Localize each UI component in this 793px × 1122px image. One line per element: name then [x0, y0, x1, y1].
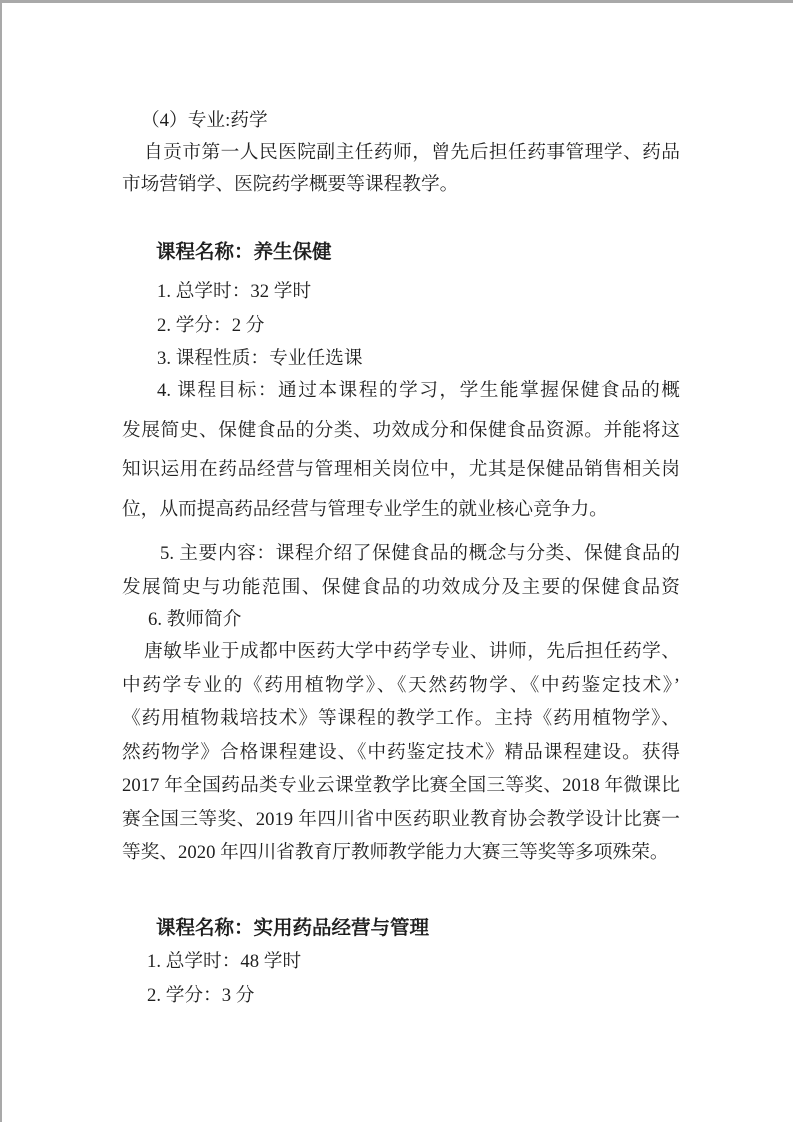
text-line: 位，从而提高药品经营与管理专业学生的就业核心竞争力。	[122, 490, 680, 530]
course1-teacher-heading-block: 6. 教师简介	[122, 603, 680, 637]
text-line: 5. 主要内容：课程介绍了保健食品的概念与分类、保健食品的	[122, 537, 680, 571]
text-line: 自贡市第一人民医院副主任药师，曾先后担任药事管理学、药品	[122, 137, 680, 169]
course1-title: 课程名称：养生保健	[122, 241, 332, 263]
document-page: （4）专业:药学 自贡市第一人民医院副主任药师，曾先后担任药事管理学、药品 市场…	[0, 0, 793, 1122]
course1-teacher-heading: 6. 教师简介	[122, 603, 680, 637]
course2-basic-list: 1. 总学时：48 学时 2. 学分：3 分	[122, 945, 680, 1012]
course1-credits: 2. 学分：2 分	[122, 309, 680, 343]
text-line: 发展简史与功能范围、保健食品的功效成分及主要的保健食品资源。	[122, 571, 680, 605]
text-line: 中药学专业的《药用植物学》、《天然药物学、《中药鉴定技术》’	[122, 669, 680, 703]
course2-section: 课程名称：实用药品经营与管理	[122, 912, 680, 945]
text-line: 2017 年全国药品类专业云课堂教学比赛全国三等奖、2018 年微课比	[122, 769, 680, 803]
course2-hours: 1. 总学时：48 学时	[122, 945, 680, 979]
text-line: 唐敏毕业于成都中医药大学中药学专业、讲师，先后担任药学、	[122, 635, 680, 669]
intro-paragraph: （4）专业:药学 自贡市第一人民医院副主任药师，曾先后担任药事管理学、药品 市场…	[122, 105, 680, 201]
text-line: 赛全国三等奖、2019 年四川省中医药职业教育协会教学设计比赛一	[122, 803, 680, 837]
course1-basic-list: 1. 总学时：32 学时 2. 学分：2 分 3. 课程性质：专业任选课	[122, 275, 680, 376]
course2-credits: 2. 学分：3 分	[122, 979, 680, 1013]
text-line: 发展简史、保健食品的分类、功效成分和保健食品资源。并能将这些	[122, 411, 680, 451]
text-line: 知识运用在药品经营与管理相关岗位中，尤其是保健品销售相关岗	[122, 450, 680, 490]
text-line: 4. 课程目标：通过本课程的学习，学生能掌握保健食品的概念、	[122, 371, 680, 411]
text-line: 等奖、2020 年四川省教育厅教师教学能力大赛三等奖等多项殊荣。	[122, 836, 680, 870]
course1-content-paragraph: 5. 主要内容：课程介绍了保健食品的概念与分类、保健食品的 发展简史与功能范围、…	[122, 537, 680, 604]
course1-objective-paragraph: 4. 课程目标：通过本课程的学习，学生能掌握保健食品的概念、 发展简史、保健食品…	[122, 371, 680, 529]
text-line: 市场营销学、医院药学概要等课程教学。	[122, 169, 680, 201]
course2-title: 课程名称：实用药品经营与管理	[122, 917, 429, 939]
text-line: （4）专业:药学	[122, 105, 680, 137]
course1-section: 课程名称：养生保健	[122, 236, 680, 269]
course1-teacher-bio-paragraph: 唐敏毕业于成都中医药大学中药学专业、讲师，先后担任药学、 中药学专业的《药用植物…	[122, 635, 680, 870]
course1-hours: 1. 总学时：32 学时	[122, 275, 680, 309]
text-line: 然药物学》合格课程建设、《中药鉴定技术》精品课程建设。获得	[122, 736, 680, 770]
text-line: 《药用植物栽培技术》等课程的教学工作。主持《药用植物学》、《天	[122, 702, 680, 736]
